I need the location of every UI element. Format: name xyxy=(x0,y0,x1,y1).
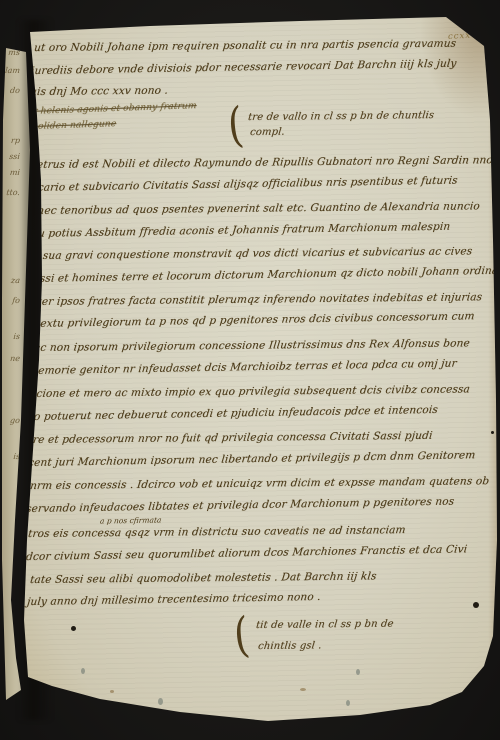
stain-speck xyxy=(52,692,57,696)
chancery-note-line: compl. xyxy=(249,126,285,139)
manuscript-page: ccxxvij ut oro Nobili Johane ipm require… xyxy=(0,0,500,740)
stain-speck xyxy=(346,700,350,706)
ink-dot xyxy=(71,626,76,631)
stain-speck xyxy=(110,690,114,693)
chancery-note-line: tre de vallo in cl ss p bn de chuntlis xyxy=(247,109,435,124)
manuscript-photo: ms lam do rp ssi mi tto. za fo is ne go … xyxy=(0,0,500,740)
stain-speck xyxy=(480,682,483,687)
chancery-note-line: tit de valle in cl ss p bn de xyxy=(255,618,394,632)
stain-speck xyxy=(300,688,306,691)
stain-speck xyxy=(81,668,85,674)
ink-dot xyxy=(473,602,479,608)
stain-speck xyxy=(356,669,360,675)
text-line: uis dnj Mo ccc xxv nono . xyxy=(29,85,168,99)
stain-speck xyxy=(158,698,163,705)
ink-dot xyxy=(491,431,494,434)
interline-note: a p nos cfirmata xyxy=(100,515,162,525)
chancery-note-line: chintlis gsl . xyxy=(257,639,322,653)
